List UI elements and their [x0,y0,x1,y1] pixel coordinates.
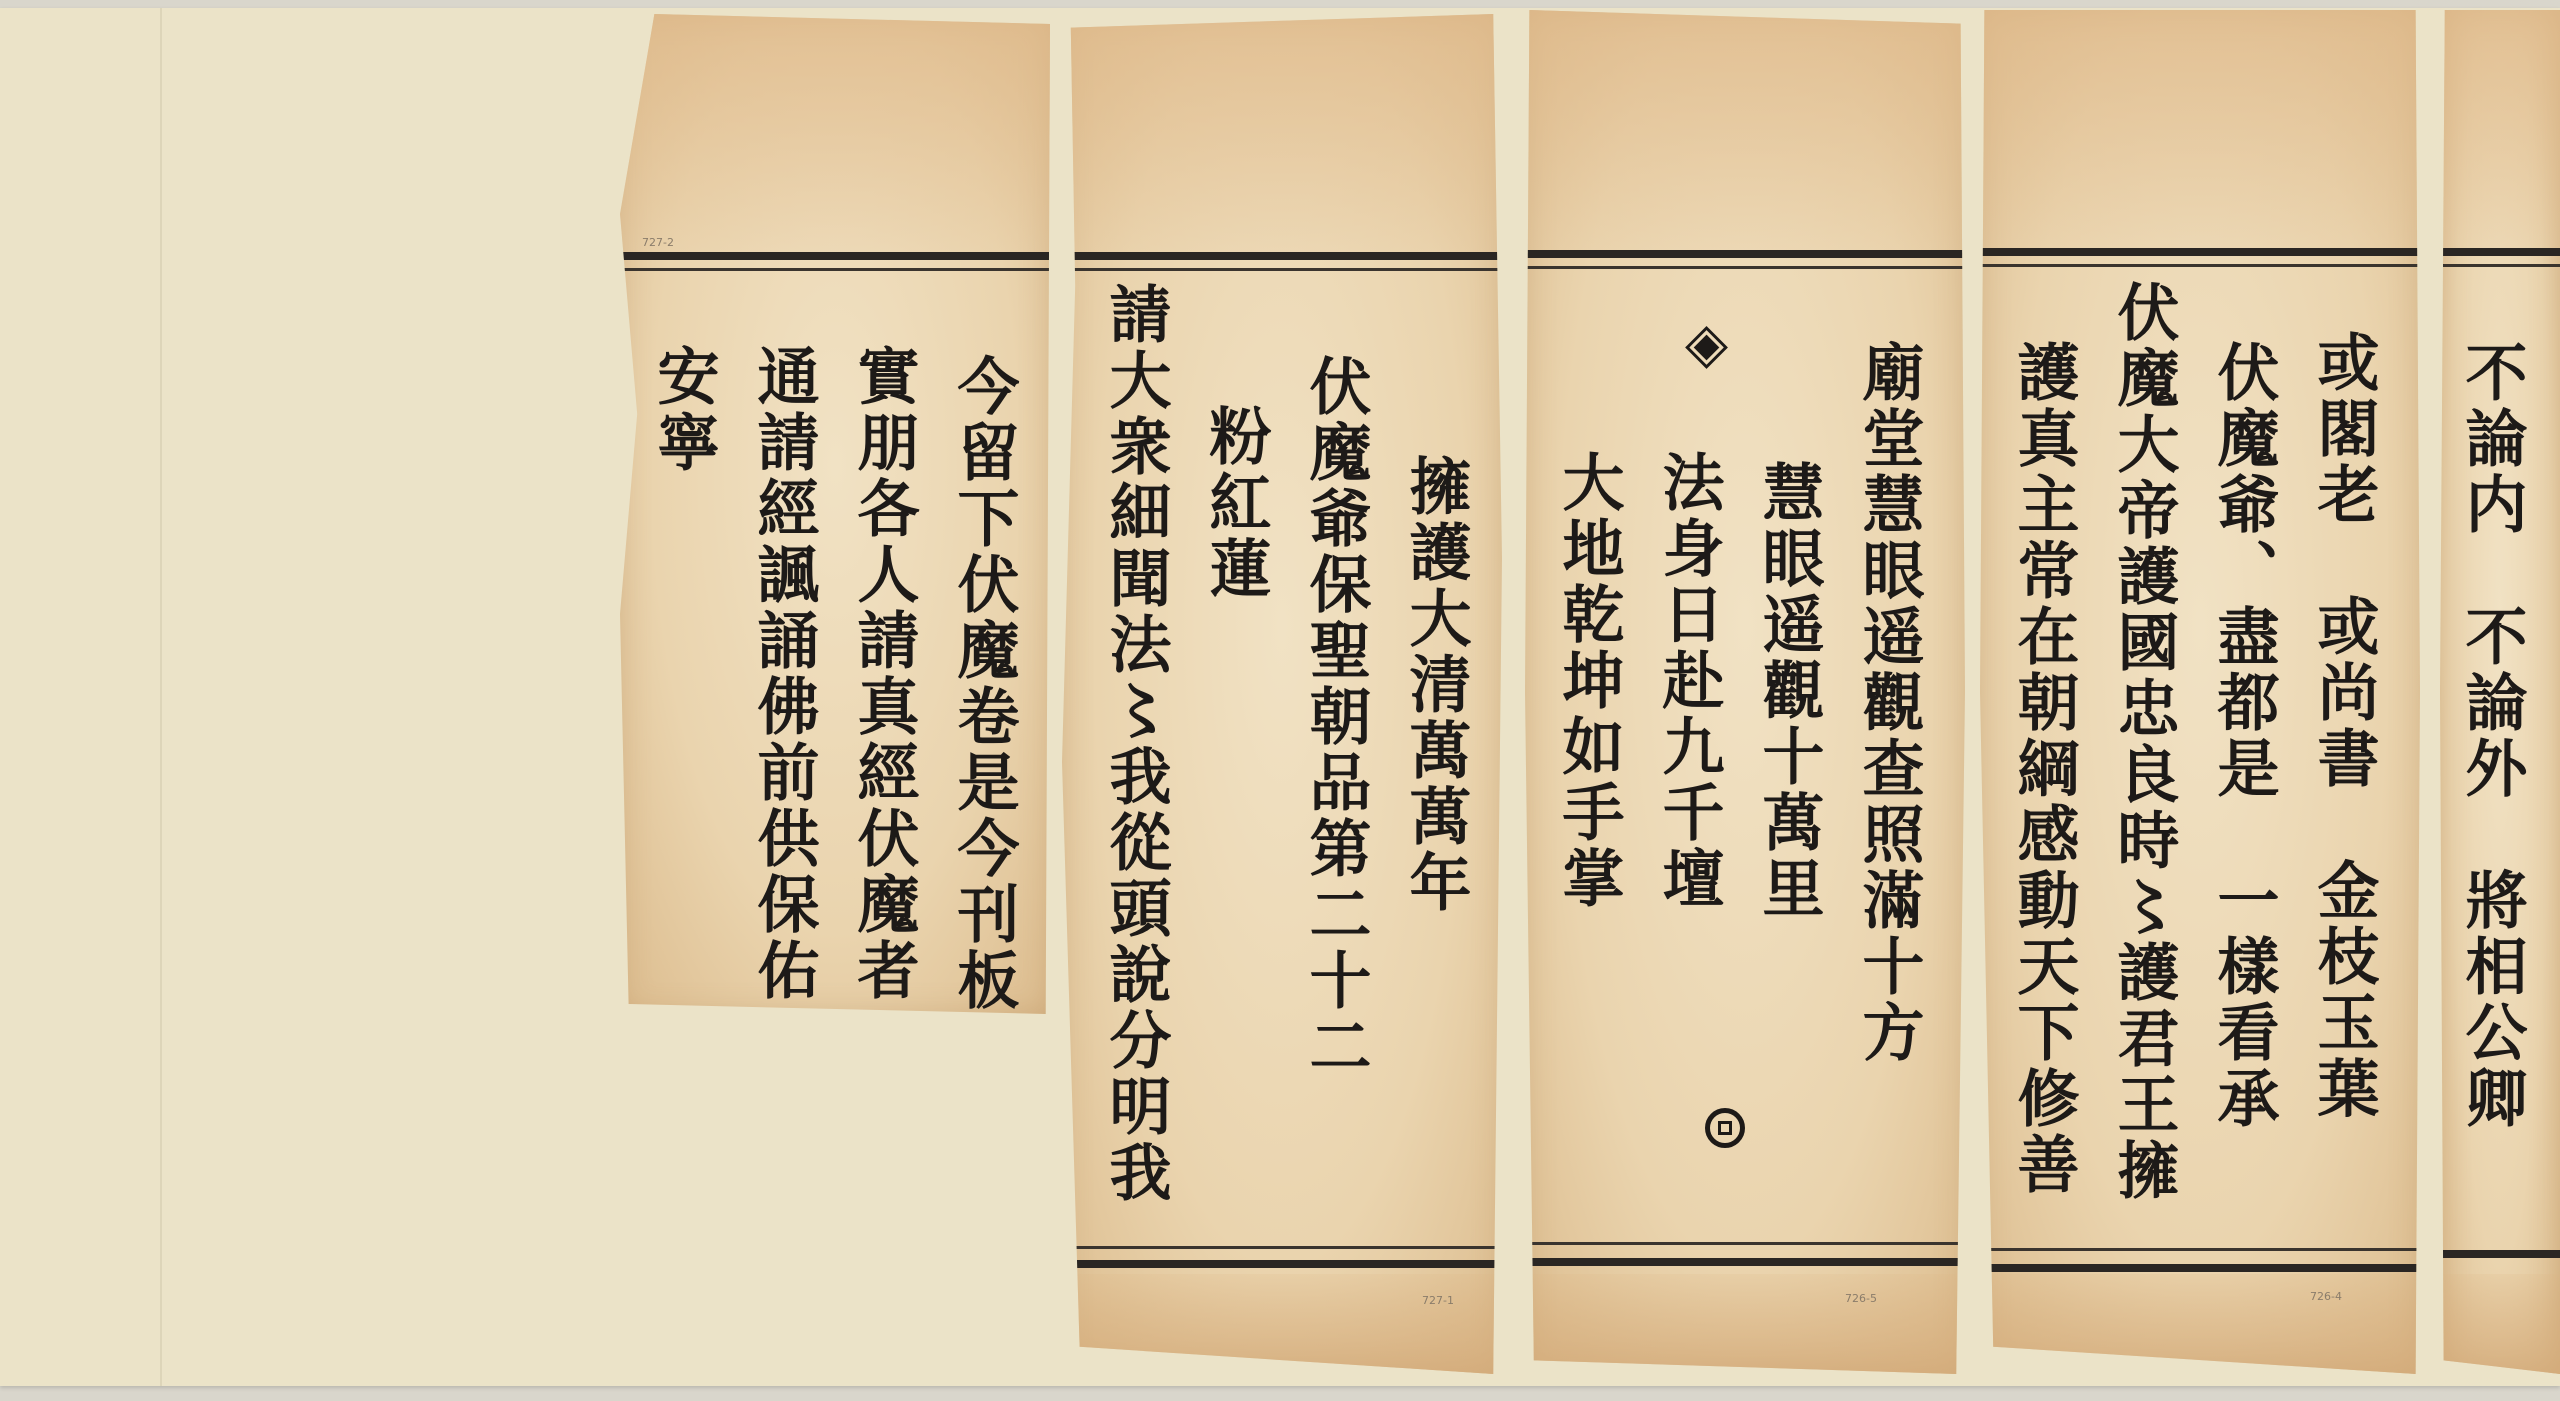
top-border-rule-thin [2440,264,2560,267]
text-column: 安寧 [650,344,716,476]
top-border-rule-thin [1062,268,1502,271]
top-border-rule [620,252,1050,260]
text-column: 實朋各人請真經伏魔者 [850,344,916,1004]
bottom-border-rule-thin [1062,1246,1502,1249]
text-column: 伏魔大帝護國忠良時〻護君王擁 [2110,280,2176,1204]
text-column: 不論内 不論外 將相公卿 [2458,340,2524,1132]
page-mark: 727-2 [642,236,674,249]
water-stain [1980,10,2420,250]
top-border-rule [1525,250,1965,258]
bottom-border-rule [1062,1260,1502,1268]
water-stain [620,14,1050,254]
water-stain [2440,1274,2560,1374]
text-column: 伏魔爺保聖朝品第二十二 [1302,354,1368,1080]
water-stain [1525,10,1965,250]
sheet-3: 726-5 ◈ 廟堂慧眼遥觀查照滿十方 慧眼遥觀十萬里 法身日赴九千壇 大地乾坤… [1525,10,1965,1374]
text-column: 伏魔爺、盡都是 一樣看承 [2210,340,2276,1132]
water-stain [1525,1274,1965,1374]
sheet-2: 727-1 擁護大清萬萬年 伏魔爺保聖朝品第二十二 粉紅蓮 請大衆細聞法〻我從頭… [1062,14,1502,1374]
top-border-rule-thin [620,268,1050,271]
sheet-5-partial: 不論内 不論外 將相公卿 [2440,10,2560,1374]
text-column: 慧眼遥觀十萬里 [1755,460,1821,922]
bottom-border-rule [2440,1250,2560,1258]
text-column: 請大衆細聞法〻我從頭說分明我 [1102,282,1168,1206]
diamond-ornament-icon: ◈ [1685,310,1728,376]
text-column: 大地乾坤如手掌 [1555,450,1621,912]
bottom-border-rule-thin [1525,1242,1965,1245]
text-column: 廟堂慧眼遥觀查照滿十方 [1855,340,1921,1066]
bottom-border-rule-thin [1980,1248,2420,1251]
bottom-border-rule [1980,1264,2420,1272]
sheet-4: 726-4 或閣老 或尚書 金枝玉葉 伏魔爺、盡都是 一樣看承 伏魔大帝護國忠良… [1980,10,2420,1374]
top-border-rule [2440,248,2560,256]
bottom-border-rule [1525,1258,1965,1266]
text-column: 擁護大清萬萬年 [1402,454,1468,916]
round-seal-ornament-icon [1705,1108,1745,1148]
water-stain [1062,14,1502,254]
water-stain [2440,10,2560,250]
mount-fold-line [160,8,162,1386]
text-column: 通請經諷誦佛前供保佑 [750,344,816,1004]
top-border-rule [1062,252,1502,260]
top-border-rule-thin [1525,266,1965,269]
text-column: 或閣老 或尚書 金枝玉葉 [2310,330,2376,1122]
page-mark: 726-5 [1845,1292,1877,1305]
text-column: 護真主常在朝綱感動天下修善 [2010,340,2076,1198]
text-column: 今留下伏魔卷是今刊板在 [950,354,1016,1080]
top-border-rule [1980,248,2420,256]
sheet-1: 727-2 今留下伏魔卷是今刊板在 實朋各人請真經伏魔者 通請經諷誦佛前供保佑 … [620,14,1050,1014]
text-column: 法身日赴九千壇 [1655,450,1721,912]
top-border-rule-thin [1980,264,2420,267]
page-mark: 727-1 [1422,1294,1454,1307]
text-column: 粉紅蓮 [1202,404,1268,602]
page-mark: 726-4 [2310,1290,2342,1303]
